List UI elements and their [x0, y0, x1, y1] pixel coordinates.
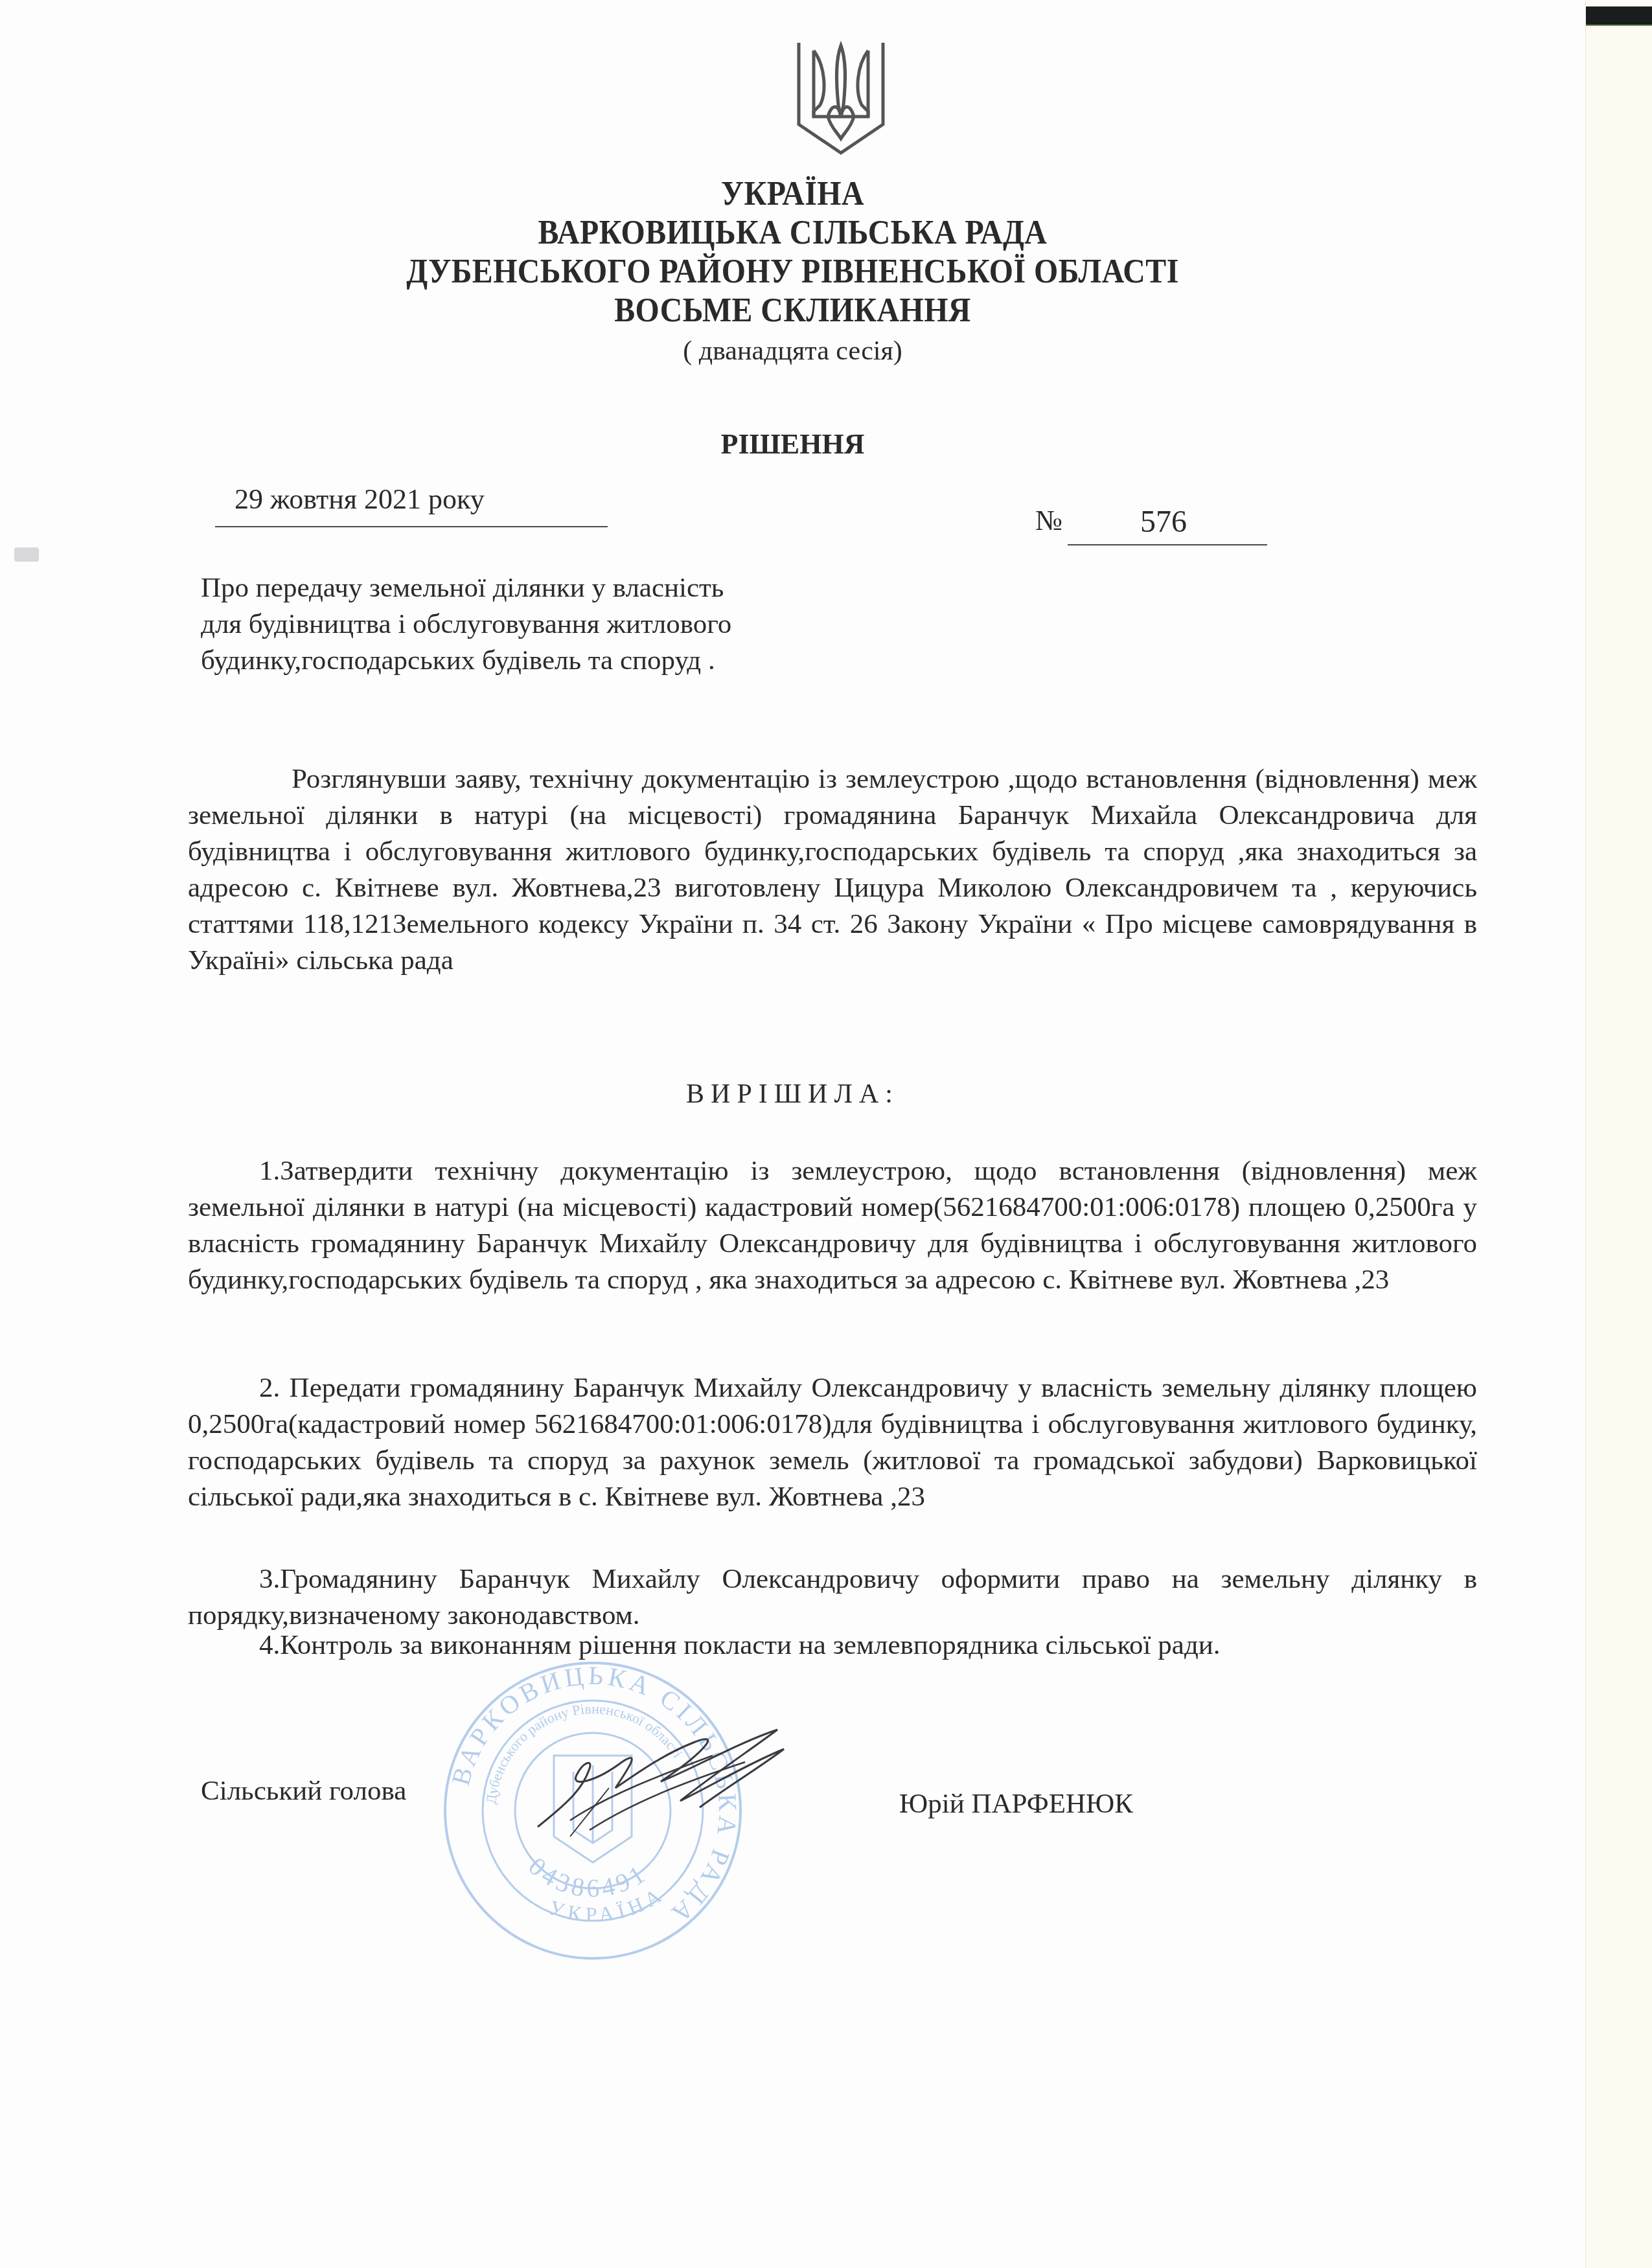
- resolution-item-1: 1.Затвердити технічну документацію із зе…: [188, 1153, 1477, 1298]
- trident-coat-of-arms-icon: [796, 40, 886, 155]
- preamble-paragraph: Розглянувши заяву, технічну документацію…: [188, 761, 1477, 979]
- signatory-position: Сільський голова: [201, 1775, 406, 1807]
- resolution-item-3: 3.Громадянину Баранчук Михайлу Олександр…: [188, 1561, 1477, 1634]
- resolved-heading: ВИРІШИЛА:: [0, 1079, 1585, 1110]
- header-district: ДУБЕНСЬКОГО РАЙОНУ РІВНЕНСЬКОЇ ОБЛАСТІ: [63, 253, 1522, 292]
- scanner-edge-strip: [1585, 0, 1652, 2268]
- signatory-name: Юрій ПАРФЕНЮК: [899, 1788, 1133, 1820]
- subject-line: будинку,господарських будівель та споруд…: [201, 643, 731, 679]
- decision-number: 576: [1140, 504, 1187, 540]
- resolution-item-2: 2. Передати громадянину Баранчук Михайлу…: [188, 1370, 1477, 1515]
- number-underline: [1068, 544, 1267, 545]
- header-country: УКРАЇНА: [63, 175, 1522, 214]
- decision-date: 29 жовтня 2021 року: [235, 483, 485, 516]
- number-sign: №: [1035, 504, 1062, 537]
- header-convocation: ВОСЬМЕ СКЛИКАННЯ: [63, 292, 1522, 330]
- date-underline: [215, 526, 608, 527]
- decision-title: РІШЕННЯ: [0, 428, 1585, 461]
- scanner-edge-band: [1586, 6, 1652, 26]
- decision-subject: Про передачу земельної ділянки у власніс…: [201, 570, 731, 679]
- decision-document: УКРАЇНА ВАРКОВИЦЬКА СІЛЬСЬКА РАДА ДУБЕНС…: [0, 0, 1585, 2268]
- subject-line: для будівництва і обслуговування житлово…: [201, 606, 731, 643]
- handwritten-signature-icon: [531, 1723, 790, 1840]
- header-council: ВАРКОВИЦЬКА СІЛЬСЬКА РАДА: [63, 214, 1522, 253]
- header-session: ( дванадцята сесія): [0, 336, 1585, 367]
- resolution-item-4: 4.Контроль за виконанням рішення покласт…: [188, 1627, 1477, 1664]
- subject-line: Про передачу земельної ділянки у власніс…: [201, 570, 731, 606]
